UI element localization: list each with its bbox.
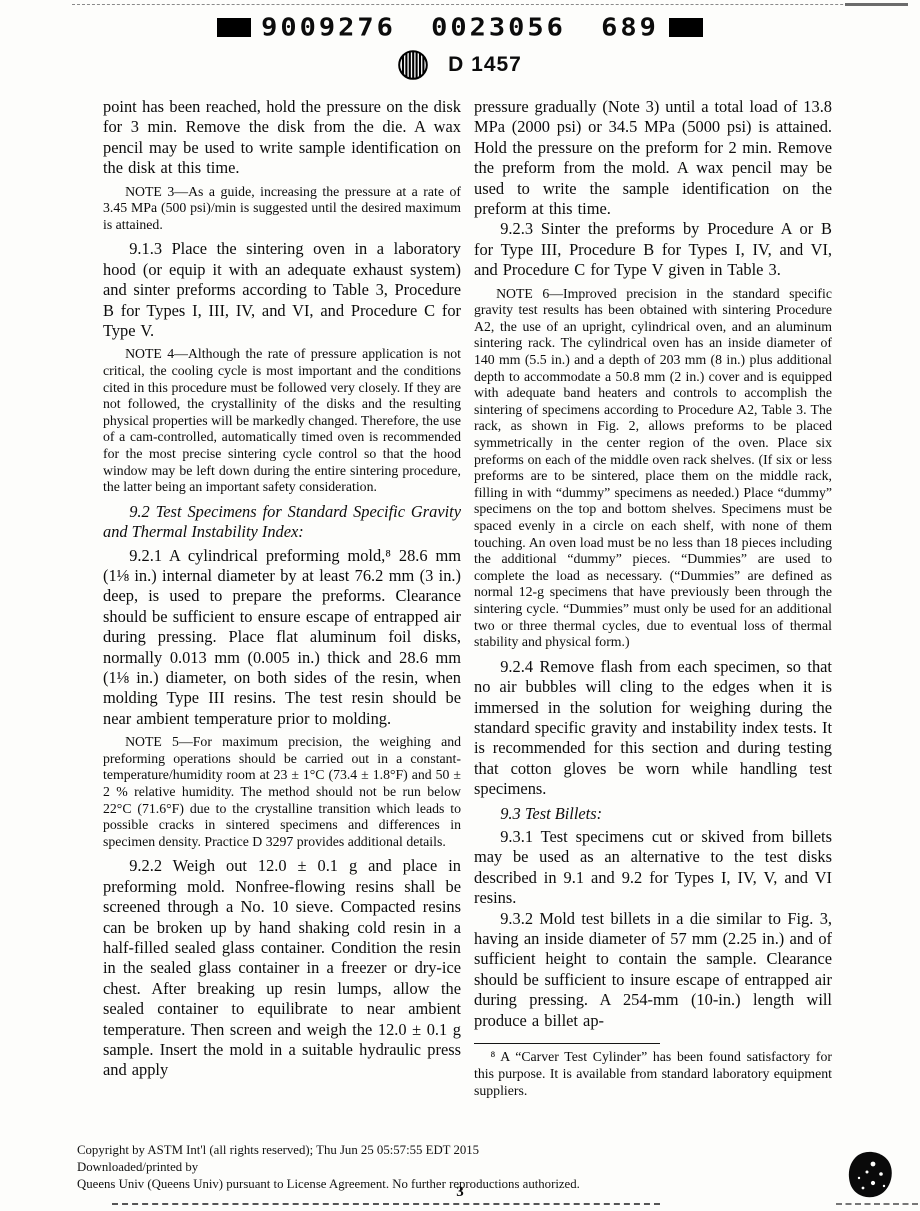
page-number: 3 (0, 1184, 920, 1201)
barcode-end-block-icon (669, 18, 703, 37)
footer-line-downloaded: Downloaded/printed by (77, 1159, 697, 1176)
paragraph-continuation: point has been reached, hold the pressur… (103, 97, 461, 179)
barcode-header: 9009276 0023056 689 (0, 12, 920, 43)
standard-number: D 1457 (448, 53, 522, 77)
note-4: NOTE 4—Although the rate of pressure app… (103, 346, 461, 495)
ink-stamp-icon (843, 1150, 895, 1205)
document-page: 9009276 0023056 689 D 1457 (0, 0, 920, 1211)
document-header: D 1457 (0, 50, 920, 80)
heading-9-2: 9.2 Test Specimens for Standard Specific… (103, 502, 461, 543)
section-9-1-3: 9.1.3 Place the sintering oven in a labo… (103, 239, 461, 341)
scan-artifact-top-dark-segment (845, 3, 908, 6)
astm-logo-icon (398, 50, 428, 80)
scan-artifact-top-line (72, 4, 908, 5)
section-9-3-1: 9.3.1 Test specimens cut or skived from … (474, 827, 832, 909)
scan-artifact-bottom-line-right (836, 1203, 918, 1205)
footer-line-copyright: Copyright by ASTM Int'l (all rights rese… (77, 1142, 697, 1159)
heading-9-3: 9.3 Test Billets: (474, 804, 832, 824)
section-9-2-3: 9.2.3 Sinter the preforms by Procedure A… (474, 219, 832, 280)
note-6: NOTE 6—Improved precision in the standar… (474, 286, 832, 651)
text-columns: point has been reached, hold the pressur… (103, 97, 833, 1099)
right-column: pressure gradually (Note 3) until a tota… (474, 97, 832, 1099)
note-3: NOTE 3—As a guide, increasing the pressu… (103, 184, 461, 234)
note-5: NOTE 5—For maximum precision, the weighi… (103, 734, 461, 850)
scan-artifact-bottom-line-left (112, 1203, 660, 1205)
section-9-2-1: 9.2.1 A cylindrical preforming mold,⁸ 28… (103, 546, 461, 730)
footnote-divider (474, 1043, 660, 1044)
barcode-start-block-icon (217, 18, 251, 37)
section-9-3-2: 9.3.2 Mold test billets in a die similar… (474, 909, 832, 1031)
section-9-2-4: 9.2.4 Remove flash from each specimen, s… (474, 657, 832, 800)
section-9-2-2: 9.2.2 Weigh out 12.0 ± 0.1 g and place i… (103, 856, 461, 1080)
left-column: point has been reached, hold the pressur… (103, 97, 461, 1099)
barcode-digits: 9009276 0023056 689 (261, 13, 659, 42)
footnote-8: ⁸ A “Carver Test Cylinder” has been foun… (474, 1049, 832, 1099)
paragraph-continuation-right: pressure gradually (Note 3) until a tota… (474, 97, 832, 219)
